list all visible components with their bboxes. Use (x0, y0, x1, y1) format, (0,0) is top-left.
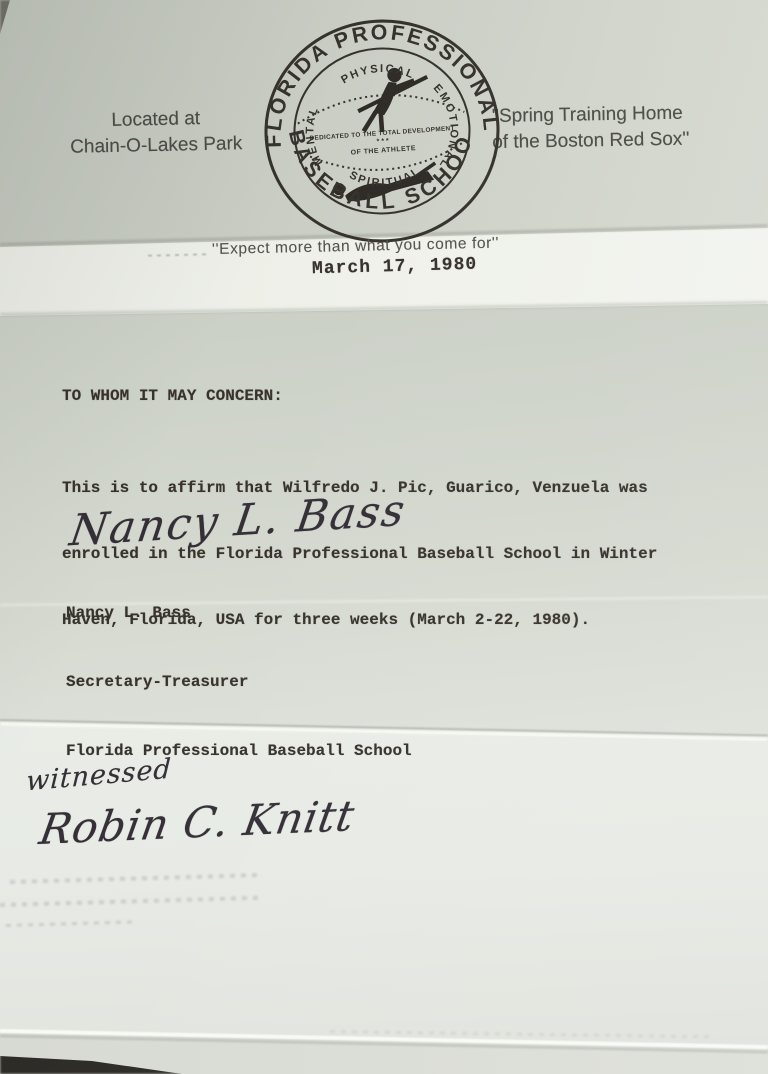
photographed-letter: Located at Chain-O-Lakes Park ''Spring T… (0, 0, 768, 1074)
photo-lighting-vignette (0, 0, 768, 1074)
